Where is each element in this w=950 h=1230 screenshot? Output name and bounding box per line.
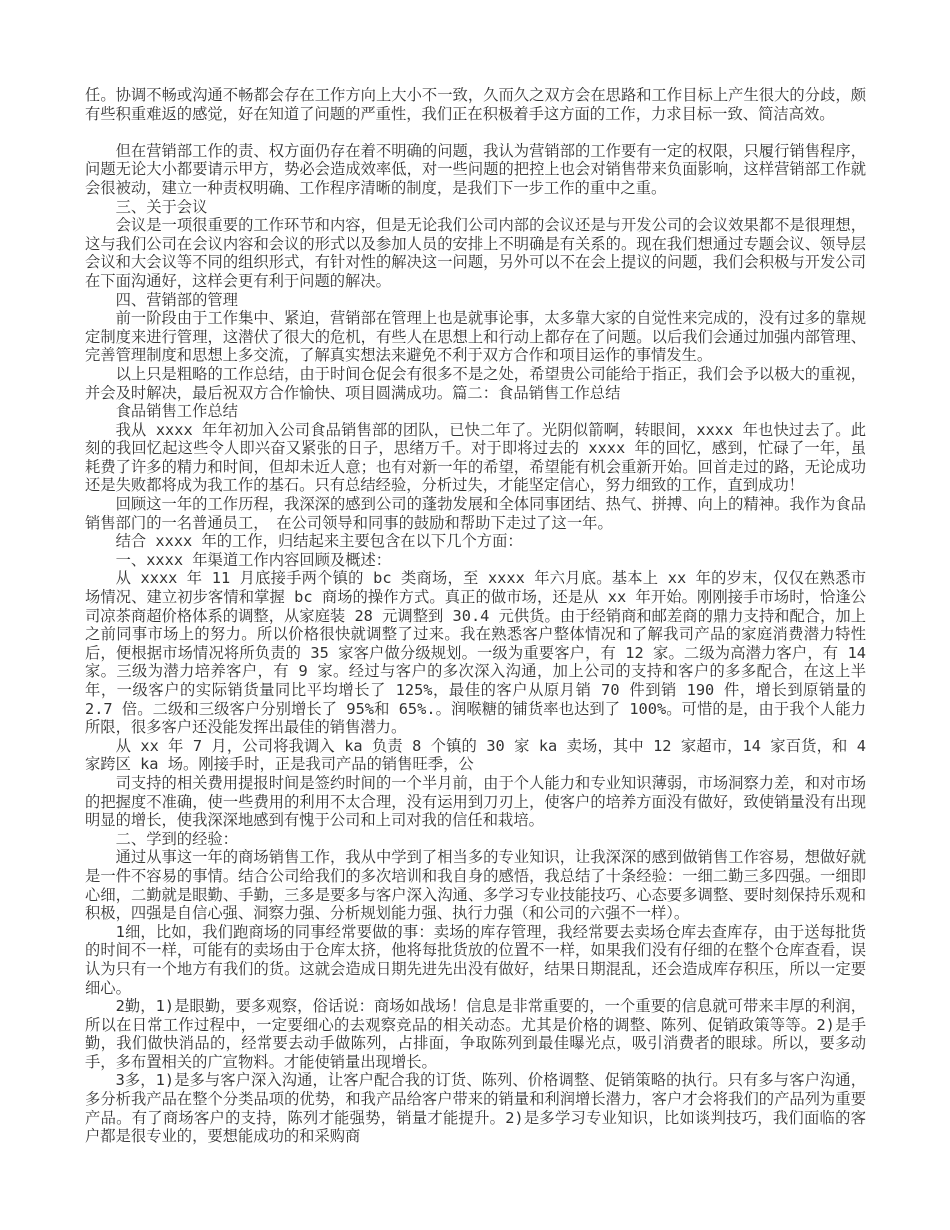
heading-channel-review: 一、xxxx 年渠道工作内容回顾及概述： <box>85 551 866 570</box>
paragraph-detail-1-care: 1细，比如，我们跑商场的同事经常要做的事：卖场的库存管理，我经常要去卖场仓库去查… <box>85 923 866 997</box>
document-page: 任。协调不畅或沟通不畅都会存在工作方向上大小不一致，久而久之双方会在思路和工作目… <box>0 0 950 1230</box>
paragraph-closing: 以上只是粗略的工作总结，由于时间仓促会有很多不是之处，希望贵公司能给于指正，我们… <box>85 365 866 402</box>
paragraph-ka-transfer: 从 xx 年 7 月，公司将我调入 ka 负责 8 个镇的 30 家 ka 卖场… <box>85 737 866 774</box>
heading-lessons-learned: 二、学到的经验： <box>85 830 866 849</box>
paragraph-meetings: 会议是一项很重要的工作环节和内容，但是无论我们公司内部的会议还是与开发公司的会议… <box>85 216 866 290</box>
paragraph-lessons-overview: 通过从事这一年的商场销售工作，我从中学到了相当多的专业知识，让我深深的感到做销售… <box>85 848 866 922</box>
document-body: 任。协调不畅或沟通不畅都会存在工作方向上大小不一致，久而久之双方会在思路和工作目… <box>85 86 866 1146</box>
paragraph-intro-year-review: 我从 xxxx 年年初加入公司食品销售部的团队，已快二年了。光阴似箭啊，转眼间，… <box>85 421 866 495</box>
paragraph-detail-2-diligence: 2勤，1)是眼勤，要多观察，俗话说：商场如战场！信息是非常重要的，一个重要的信息… <box>85 997 866 1071</box>
paragraph-management: 前一阶段由于工作集中、紧迫，营销部在管理上也是就事论事，太多靠大家的自觉性来完成… <box>85 309 866 365</box>
heading-section-3-meetings: 三、关于会议 <box>85 198 866 217</box>
paragraph-continuation: 任。协调不畅或沟通不畅都会存在工作方向上大小不一致，久而久之双方会在思路和工作目… <box>85 86 866 123</box>
paragraph-outline: 结合 xxxx 年的工作，归结起来主要包含在以下几个方面： <box>85 532 866 551</box>
paragraph-channel-detail: 从 xxxx 年 11 月底接手两个镇的 bc 类商场，至 xxxx 年六月底。… <box>85 569 866 736</box>
paragraph-expense-issues: 司支持的相关费用提报时间是签约时间的一个半月前，由于个人能力和专业知识薄弱，市场… <box>85 774 866 830</box>
paragraph-company-spirit: 回顾这一年的工作历程，我深深的感到公司的蓬勃发展和全体同事团结、热气、拼搏、向上… <box>85 495 866 532</box>
heading-section-4-management: 四、营销部的管理 <box>85 291 866 310</box>
heading-food-sales-summary: 食品销售工作总结 <box>85 402 866 421</box>
paragraph-marketing-authority: 但在营销部工作的责、权方面仍存在着不明确的问题，我认为营销部的工作要有一定的权限… <box>85 142 866 198</box>
paragraph-detail-3-more: 3多，1)是多与客户深入沟通，让客户配合我的订货、陈列、价格调整、促销策略的执行… <box>85 1071 866 1145</box>
